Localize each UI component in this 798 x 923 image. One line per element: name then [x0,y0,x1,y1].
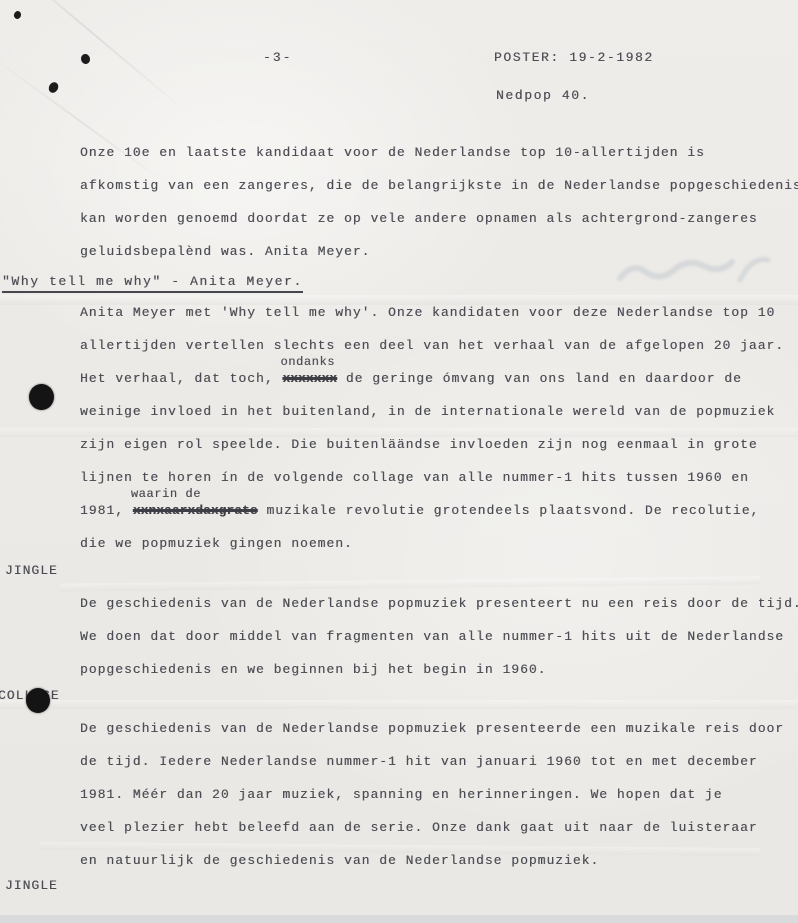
paragraph-closing: De geschiedenis van de Nederlandse popmu… [80,721,784,886]
typed-line: 1981. Méér dan 20 jaar muziek, spanning … [80,787,784,820]
typed-text: muzikale revolutie grotendeels plaatsvon… [258,503,760,518]
correction: waarin dexxnxaarxdaxgrate [133,503,258,518]
punch-hole [26,688,50,713]
cue-label-jingle: JINGLE [5,878,58,893]
typed-line: geluidsbepalènd was. Anita Meyer. [80,244,798,277]
paper-crease [0,0,190,115]
typed-line: afkomstig van een zangeres, die de belan… [80,178,798,211]
typed-line: Anita Meyer met 'Why tell me why'. Onze … [80,305,784,338]
paper-crease [0,700,798,709]
typed-line: kan worden genoemd doordat ze op vele an… [80,211,798,244]
typed-line: allertijden vertellen slechts een deel v… [80,338,784,371]
typed-line-with-correction: Het verhaal, dat toch, ondanksxxxxxxx de… [80,371,784,404]
scanned-typewritten-page: -3- POSTER: 19-2-1982 Nedpop 40. Onze 10… [0,0,798,923]
typed-line: De geschiedenis van de Nederlandse popmu… [80,596,798,629]
typed-line: weinige invloed in het buitenland, in de… [80,404,784,437]
inserted-words: waarin de [131,487,201,501]
typed-text: Het verhaal, dat toch, [80,371,282,386]
ink-speck [47,80,60,94]
paragraph-intro: Onze 10e en laatste kandidaat voor de Ne… [80,145,798,277]
paragraph-presentation: De geschiedenis van de Nederlandse popmu… [80,596,798,695]
correction: ondanksxxxxxxx [282,371,337,386]
typed-text: de geringe ómvang van ons land en daardo… [337,371,742,386]
paper-crease [60,576,760,591]
typed-line: veel plezier hebt beleefd aan de serie. … [80,820,784,853]
cue-label-jingle: JINGLE [5,563,58,578]
song-title-heading: "Why tell me why" - Anita Meyer. [2,274,303,293]
ink-speck [80,53,91,65]
struck-out-word: xxxxxxx [282,371,337,386]
page-number: -3- [263,50,292,65]
paper-crease [0,295,798,305]
typed-line: Onze 10e en laatste kandidaat voor de Ne… [80,145,798,178]
typed-line: De geschiedenis van de Nederlandse popmu… [80,721,784,754]
inserted-word: ondanks [280,355,335,369]
typed-line: zijn eigen rol speelde. Die buitenläänds… [80,437,784,470]
struck-out-words: xxnxaarxdaxgrate [133,503,258,518]
typed-text: 1981, [80,503,133,518]
scan-edge-strip [0,915,798,923]
header-subtitle: Nedpop 40. [496,88,590,103]
typed-line: en natuurlijk de geschiedenis van de Ned… [80,853,784,886]
paragraph-anita-meyer: Anita Meyer met 'Why tell me why'. Onze … [80,305,784,569]
ink-speck [13,10,22,20]
typed-line: popgeschiedenis en we beginnen bij het b… [80,662,798,695]
typed-line: die we popmuziek gingen noemen. [80,536,784,569]
typed-line-with-correction: 1981, waarin dexxnxaarxdaxgrate muzikale… [80,503,784,536]
punch-hole [29,384,54,410]
typed-line: de tijd. Iedere Nederlandse nummer-1 hit… [80,754,784,787]
typed-line: We doen dat door middel van fragmenten v… [80,629,798,662]
header-poster-date: POSTER: 19-2-1982 [494,50,654,65]
